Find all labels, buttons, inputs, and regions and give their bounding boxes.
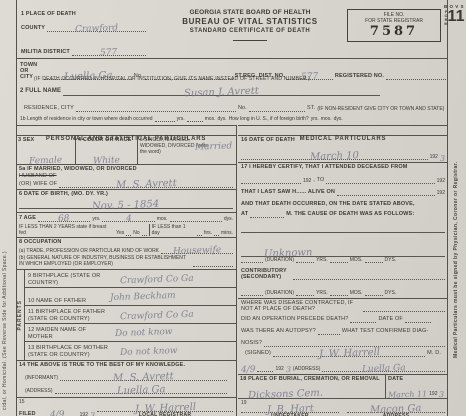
autopsy-label: WAS THERE AN AUTOPSY? bbox=[241, 328, 316, 335]
burial-date-label: DATE bbox=[388, 376, 446, 383]
contracted-label: WHERE WAS DISEASE CONTRACTED, IF NOT AT … bbox=[241, 300, 361, 312]
burial-year-value: 3 bbox=[439, 392, 444, 398]
signed-address-label: (ADDRESS) bbox=[293, 366, 321, 372]
form-number-value: 11 bbox=[448, 9, 465, 25]
md-label: M. D. bbox=[427, 350, 441, 357]
personal-column: PERSONAL AND STATISTICAL PARTICULARS 3 S… bbox=[16, 125, 237, 416]
duration2-section: (DURATION) YRS. MOS. DYS. bbox=[238, 287, 448, 299]
age-dys-label: dys. bbox=[224, 216, 233, 222]
at-label: AT bbox=[241, 211, 248, 218]
signed-date-value: 4/9 bbox=[241, 366, 256, 373]
title-divider bbox=[233, 40, 267, 41]
length-of-residence-row: 1b Length of residence in city or town w… bbox=[20, 114, 446, 122]
informant-section: 14 THE ABOVE IS TRUE TO THE BEST OF MY K… bbox=[16, 361, 236, 398]
militia-district-label: MILITIA DISTRICT bbox=[21, 49, 70, 56]
undertaker-address-value: Macon Ga bbox=[370, 405, 422, 414]
father-birthplace-label: 11 BIRTHPLACE OF FATHER (STATE OR COUNTR… bbox=[28, 309, 118, 323]
burial-place-cell: 18 PLACE OF BURIAL, CREMATION, OR REMOVA… bbox=[238, 375, 386, 398]
operation-label: DID AN OPERATION PRECEDE DEATH? bbox=[241, 316, 348, 323]
left-margin-note: cidal, or Homicidal. (See Reverse Side f… bbox=[2, 100, 8, 410]
title-line-3: STANDARD CERTIFICATE OF DEATH bbox=[160, 28, 340, 36]
father-name-row: 10 NAME OF FATHER John Beckham bbox=[25, 288, 236, 306]
age-mos-value: 4 bbox=[126, 216, 132, 222]
mother-birthplace-label: 13 BIRTHPLACE OF MOTHER (STATE OR COUNTR… bbox=[28, 345, 118, 359]
occupation-b-label: (b) GENERAL NATURE OF INDUSTRY, BUSINESS… bbox=[19, 255, 191, 267]
duration-mos: MOS. bbox=[350, 257, 363, 263]
full-name-label: 2 FULL NAME bbox=[20, 88, 61, 96]
militia-district-value: 577 bbox=[100, 49, 117, 56]
signed-year-prefix: 192 bbox=[275, 366, 283, 372]
death-occurred-section: AND THAT DEATH OCCURRED, ON THE DATE STA… bbox=[238, 200, 448, 220]
how-long-us-label: How long in U. S., if of foreign birth? bbox=[229, 116, 309, 122]
length-dys-label: dys. bbox=[217, 116, 226, 122]
mother-birthplace-value: Do not know bbox=[120, 348, 178, 356]
burial-row: 18 PLACE OF BURIAL, CREMATION, OR REMOVA… bbox=[238, 375, 448, 399]
dob-label: 6 DATE OF BIRTH, (MO. DY. YR.) bbox=[19, 191, 233, 198]
contributory-label: CONTRIBUTORY (SECONDARY) bbox=[241, 268, 291, 280]
filed-date-value: 4/9 bbox=[50, 411, 65, 416]
informant-value: M. S. Avrett bbox=[113, 373, 174, 382]
burial-place-value: Dicksons Cem. bbox=[248, 390, 323, 400]
informant-address-label: (ADDRESS) bbox=[25, 388, 53, 394]
medical-header: MEDICAL PARTICULARS bbox=[238, 126, 448, 136]
spouse-section: 5a IF MARRIED, WIDOWED, OR DIVORCED HUSB… bbox=[16, 165, 236, 190]
occupation-a-label: (a) TRADE, PROFESSION OR PARTICULAR KIND… bbox=[19, 248, 159, 254]
sex-value: Female bbox=[29, 157, 62, 164]
hospital-note: (IF DEATH OCCURRED IN HOSPITAL OR INSTIT… bbox=[34, 76, 310, 82]
place-of-death-label: 1 PLACE OF DEATH bbox=[21, 11, 76, 18]
duration-section: (DURATION) YRS. MOS. DYS. bbox=[238, 254, 448, 267]
dob-value: Nov. 5 - 1854 bbox=[92, 201, 159, 210]
length-of-residence-label: 1b Length of residence in city or town w… bbox=[20, 116, 153, 122]
test-label: WHAT TEST CONFIRMED DIAG- bbox=[342, 328, 428, 335]
nonresident-note: (IF NON-RESIDENT GIVE CITY OR TOWN AND S… bbox=[317, 106, 444, 112]
medical-column: MEDICAL PARTICULARS 16 DATE OF DEATH Mar… bbox=[238, 125, 448, 416]
signed-date-section: 4/9 192 3 (ADDRESS) Luella Ga bbox=[238, 363, 448, 375]
breastfed-yes-label: Yes bbox=[116, 230, 124, 236]
mother-maiden-label: 12 MAIDEN NAME OF MOTHER bbox=[28, 327, 98, 341]
birthplace-value: Crawford Co Ga bbox=[120, 276, 194, 285]
duration-label: (DURATION) bbox=[265, 257, 294, 263]
full-name-value: Susan J. Avrett bbox=[184, 88, 259, 98]
residence-no-label: No. bbox=[238, 105, 247, 112]
county-value: Crawford bbox=[75, 25, 118, 33]
filed-year-prefix: 192 bbox=[80, 412, 88, 416]
duration-dys: DYS. bbox=[385, 257, 397, 263]
mother-maiden-row: 12 MAIDEN NAME OF MOTHER Do not know bbox=[25, 324, 236, 342]
dod-year-value: 3 bbox=[440, 155, 445, 161]
title-line-1: GEORGIA STATE BOARD OF HEALTH bbox=[160, 9, 340, 17]
nosis-label: NOSIS? bbox=[241, 340, 262, 347]
county-row: COUNTY Crawford bbox=[21, 24, 146, 32]
county-label: COUNTY bbox=[21, 25, 45, 32]
informant-address-value: Luella Ga bbox=[116, 386, 165, 395]
mother-maiden-value: Do not know bbox=[115, 329, 173, 337]
rule-top bbox=[16, 58, 448, 59]
duration2-yrs: YRS. bbox=[316, 290, 328, 296]
age-section: 7 AGE 68 yrs. 4 mos. dys. IF LESS THAN 2… bbox=[16, 213, 236, 238]
signed-address-value: Luella Ga bbox=[362, 365, 406, 373]
husband-of-label: HUSBAND OF bbox=[19, 173, 57, 179]
file-number-value: 7587 bbox=[352, 24, 436, 39]
lastsaw-year: 192 bbox=[437, 190, 445, 196]
spouse-value: M. S. Avrett bbox=[116, 180, 177, 189]
burial-date-cell: DATE March 11 192 3 bbox=[386, 375, 448, 398]
father-birthplace-row: 11 BIRTHPLACE OF FATHER (STATE OR COUNTR… bbox=[25, 306, 236, 324]
if-married-label: 5a IF MARRIED, WIDOWED, OR DIVORCED bbox=[19, 166, 233, 173]
burial-date-value: March 11 bbox=[388, 392, 427, 399]
last-saw-label: THAT I LAST SAW H...... ALIVE ON bbox=[241, 189, 335, 196]
age-label: 7 AGE bbox=[19, 215, 36, 222]
age-yrs-value: 68 bbox=[58, 216, 70, 223]
residence-st-label: ST. bbox=[307, 105, 315, 112]
occurred-label: AND THAT DEATH OCCURRED, ON THE DATE STA… bbox=[241, 201, 445, 208]
duration2-mos: MOS. bbox=[350, 290, 363, 296]
residence-row: RESIDENCE, CITY No. ST. (IF NON-RESIDENT… bbox=[24, 104, 446, 112]
father-birthplace-value: Crawford Co Ga bbox=[120, 312, 194, 321]
age-mos-label: mos. bbox=[157, 216, 168, 222]
length-mos-label: mos. bbox=[205, 116, 216, 122]
certify-year1: 192 bbox=[303, 178, 311, 184]
duration-yrs: YRS. bbox=[316, 257, 328, 263]
local-registrar-signature: J. W. Harrell bbox=[134, 404, 195, 413]
breastfed-no-label: No bbox=[133, 230, 139, 236]
if-less-label: IF LESS than 1 day bbox=[149, 224, 195, 236]
father-name-label: 10 NAME OF FATHER bbox=[28, 298, 88, 305]
autopsy-section: WAS THERE AN AUTOPSY? WHAT TEST CONFIRME… bbox=[238, 326, 448, 338]
signed-year-value: 3 bbox=[286, 367, 291, 373]
certify-section: 17 I HEREBY CERTIFY, THAT I ATTENDED DEC… bbox=[238, 163, 448, 187]
burial-year-prefix: 192 bbox=[429, 391, 437, 397]
militia-row: MILITIA DISTRICT 577 bbox=[21, 48, 146, 56]
burial-label: 18 PLACE OF BURIAL, CREMATION, OR REMOVA… bbox=[240, 376, 383, 383]
howlong-dys-label: dys. bbox=[334, 116, 343, 122]
undertaker-section: 19 J. B. Hart UNDERTAKER Macon Ga ADDRES… bbox=[238, 399, 448, 416]
operation-date-label: DATE OF bbox=[378, 316, 402, 323]
mother-birthplace-row: 13 BIRTHPLACE OF MOTHER (STATE OR COUNTR… bbox=[25, 342, 236, 360]
last-saw-section: THAT I LAST SAW H...... ALIVE ON 192 bbox=[238, 187, 448, 200]
filed-section: 15 FILED 4/9 192 3 J. W. Harrell LOCAL R… bbox=[16, 398, 236, 416]
undertaker-signature: J. B. Hart bbox=[267, 405, 314, 414]
duration2-dys: DYS. bbox=[385, 290, 397, 296]
occupation-section: 8 OCCUPATION (a) TRADE, PROFESSION OR PA… bbox=[16, 238, 236, 270]
registered-no-label: REGISTERED NO. bbox=[335, 73, 384, 80]
certify-to-label: , TO bbox=[313, 177, 324, 184]
father-name-value: John Beckham bbox=[110, 293, 176, 302]
birthplace-row: 9 BIRTHPLACE (STATE OR COUNTRY) Crawford… bbox=[25, 270, 236, 288]
title-line-2: BUREAU OF VITAL STATISTICS bbox=[160, 17, 340, 27]
truth-statement-label: 14 THE ABOVE IS TRUE TO THE BEST OF MY K… bbox=[19, 362, 233, 369]
length-yrs-label: yrs. bbox=[177, 116, 185, 122]
mins-label: mins. bbox=[221, 230, 233, 236]
cause-intro-label: M. THE CAUSE OF DEATH WAS AS FOLLOWS: bbox=[286, 211, 414, 218]
certify-label: 17 I HEREBY CERTIFY, THAT I ATTENDED DEC… bbox=[241, 164, 445, 171]
personal-header: PERSONAL AND STATISTICAL PARTICULARS bbox=[16, 126, 236, 136]
birthplace-label: 9 BIRTHPLACE (STATE OR COUNTRY) bbox=[28, 273, 118, 287]
marital-cell: 5 SINGLE, MARRIED, WIDOWED, DIVORCED (wr… bbox=[138, 136, 236, 164]
parents-block: PARENTS 9 BIRTHPLACE (STATE OR COUNTRY) … bbox=[16, 270, 236, 361]
date-of-death-value: March 10 bbox=[310, 152, 359, 161]
residence-label: RESIDENCE, CITY bbox=[24, 105, 74, 112]
filed-label: FILED bbox=[19, 411, 36, 416]
contributory-section: CONTRIBUTORY (SECONDARY) bbox=[238, 267, 448, 287]
hrs-label: hrs. bbox=[204, 230, 212, 236]
nosis-section: NOSIS? bbox=[238, 338, 448, 348]
dod-year-prefix: 192 bbox=[430, 154, 438, 160]
cause-of-death-section: Unknown bbox=[238, 220, 448, 254]
operation-section: DID AN OPERATION PRECEDE DEATH? DATE OF bbox=[238, 314, 448, 326]
physician-signature: J. W. Harrell bbox=[318, 349, 379, 358]
wife-of-label: (OR) WIFE OF bbox=[19, 181, 57, 188]
signed-label: (SIGNED) bbox=[245, 350, 271, 357]
death-certificate-scan: cidal, or Homicidal. (See Reverse Side f… bbox=[0, 0, 466, 416]
breastfed-label: IF LESS THAN 2 YEARS state if breast fed bbox=[19, 224, 114, 236]
date-of-death-label: 16 DATE OF DEATH bbox=[241, 137, 445, 144]
right-margin-note: Medical Particulars must be signed by Ph… bbox=[453, 58, 459, 358]
parents-vertical-label: PARENTS bbox=[17, 300, 23, 331]
certify-year2: 192 bbox=[437, 178, 445, 184]
marital-value: Married bbox=[195, 143, 232, 151]
occupation-value: Housewife bbox=[173, 247, 221, 255]
file-number-box: FILE NO. FOR STATE REGISTRAR 7587 bbox=[347, 9, 441, 42]
date-of-death-section: 16 DATE OF DEATH March 10 192 3 bbox=[238, 136, 448, 163]
contracted-section: WHERE WAS DISEASE CONTRACTED, IF NOT AT … bbox=[238, 299, 448, 314]
howlong-mos-label: mos. bbox=[321, 116, 332, 122]
informant-label: (INFORMANT) bbox=[25, 375, 58, 381]
age-yrs-label: yrs. bbox=[92, 216, 100, 222]
duration2-label: (DURATION) bbox=[265, 290, 294, 296]
color-race-value: White bbox=[93, 157, 120, 164]
title-block: GEORGIA STATE BOARD OF HEALTH BUREAU OF … bbox=[160, 9, 340, 41]
dob-section: 6 DATE OF BIRTH, (MO. DY. YR.) Nov. 5 - … bbox=[16, 190, 236, 213]
signed-section: (SIGNED) J. W. Harrell M. D. bbox=[238, 348, 448, 363]
full-name-row: 2 FULL NAME Susan J. Avrett bbox=[20, 88, 380, 96]
form-number-block: B O V S FORM 11 bbox=[444, 4, 464, 25]
howlong-yrs-label: yrs. bbox=[311, 116, 319, 122]
